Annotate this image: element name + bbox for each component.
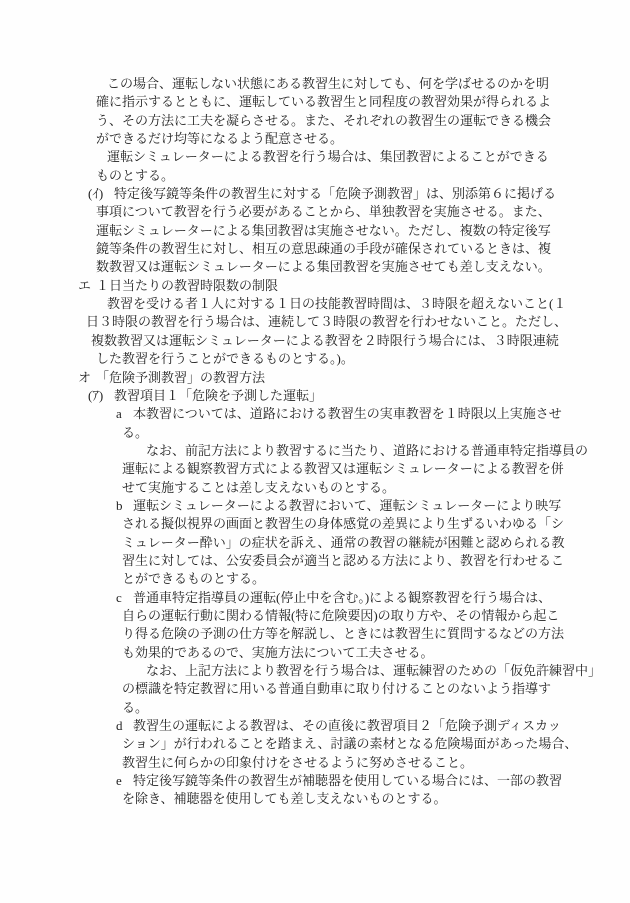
- line-text: とができるものとする。: [122, 570, 265, 588]
- text-line: 運転シミュレーターによる集団教習は実施させない。ただし、複数の特定後写: [0, 222, 630, 240]
- text-line: 自らの運転行動に関わる情報(特に危険要因)の取り方や、その情報から起こ: [0, 607, 630, 625]
- text-line: も効果的であるので、実施方法について工夫させる。: [0, 644, 630, 662]
- text-line: この場合、運転しない状態にある教習生に対しても、何を学ばせるのかを明: [0, 75, 630, 93]
- text-line: 鏡等条件の教習生に対し、相互の意思疎通の手段が確保されているときは、複: [0, 240, 630, 258]
- text-line: d教習生の運転による教習は、その直後に教習項目２「危険予測ディスカッ: [0, 717, 630, 735]
- text-line: a本教習については、道路における教習生の実車教習を１時限以上実施させ: [0, 405, 630, 423]
- text-line: 習生に対しては、公安委員会が適当と認める方法により、教習を行わせるこ: [0, 552, 630, 570]
- text-line: せて実施することは差し支えないものとする。: [0, 479, 630, 497]
- text-line: (ｲ)特定後写鏡等条件の教習生に対する「危険予測教習」は、別添第６に掲げる: [0, 185, 630, 203]
- text-line: る。: [0, 699, 630, 717]
- line-text: る。: [122, 424, 148, 442]
- line-text: 「危険予測教習」の教習方法: [96, 369, 265, 387]
- line-text: を除き、補聴器を使用しても差し支えないものとする。: [122, 790, 446, 808]
- line-text: 教習項目１「危険を予測した運転」: [114, 387, 322, 405]
- line-text: なお、前記方法により教習するに当たり、道路における普通車特定指導員の: [146, 442, 588, 460]
- text-line: う、その方法に工夫を凝らさせる。また、それぞれの教習生の運転できる機会: [0, 112, 630, 130]
- line-text: １日当たりの教習時限数の制限: [96, 277, 278, 295]
- document-page: この場合、運転しない状態にある教習生に対しても、何を学ばせるのかを明確に指示する…: [0, 0, 630, 903]
- text-line: ものとする。: [0, 167, 630, 185]
- text-line: ション」が行われることを踏まえ、討議の素材となる危険場面があった場合、: [0, 735, 630, 753]
- text-line: した教習を行うことができるものとする。)。: [0, 350, 630, 368]
- line-text: る。: [122, 699, 148, 717]
- text-line: (ｱ)教習項目１「危険を予測した運転」: [0, 387, 630, 405]
- line-text: ミュレーター酔い」の症状を訴え、通常の教習の継続が困難と認められる教: [122, 534, 565, 552]
- line-text: 教習生の運転による教習は、その直後に教習項目２「危険予測ディスカッ: [133, 717, 561, 735]
- line-text: う、その方法に工夫を凝らさせる。また、それぞれの教習生の運転できる機会: [96, 112, 551, 130]
- text-line: なお、上記方法により教習を行う場合は、運転練習のための「仮免許練習中」: [0, 662, 630, 680]
- text-line: e特定後写鏡等条件の教習生が補聴器を使用している場合には、一部の教習: [0, 772, 630, 790]
- text-line: とができるものとする。: [0, 570, 630, 588]
- text-line: 教習を受ける者１人に対する１日の技能教習時間は、３時限を超えないこと(１: [0, 295, 630, 313]
- line-text: 特定後写鏡等条件の教習生に対する「危険予測教習」は、別添第６に掲げる: [114, 185, 556, 203]
- item-marker: d: [116, 717, 123, 735]
- line-text: した教習を行うことができるものとする。)。: [96, 350, 354, 368]
- item-marker: c: [116, 589, 122, 607]
- line-text: 本教習については、道路における教習生の実車教習を１時限以上実施させ: [133, 405, 562, 423]
- text-line: 複数教習又は運転シミュレーターによる教習を２時限行う場合には、３時限連続: [0, 332, 630, 350]
- text-line: なお、前記方法により教習するに当たり、道路における普通車特定指導員の: [0, 442, 630, 460]
- text-line: り得る危険の予測の仕方等を解説し、ときには教習生に質問するなどの方法: [0, 625, 630, 643]
- text-line: の標識を特定教習に用いる普通自動車に取り付けることのないよう指導す: [0, 680, 630, 698]
- line-text: の標識を特定教習に用いる普通自動車に取り付けることのないよう指導す: [122, 680, 551, 698]
- line-text: ション」が行われることを踏まえ、討議の素材となる危険場面があった場合、: [122, 735, 577, 753]
- line-text: 自らの運転行動に関わる情報(特に危険要因)の取り方や、その情報から起こ: [122, 607, 559, 625]
- line-text: 鏡等条件の教習生に対し、相互の意思疎通の手段が確保されているときは、複: [96, 240, 551, 258]
- item-marker: e: [116, 772, 122, 790]
- line-text: 普通車特定指導員の運転(停止中を含む。)による観察教習を行う場合は、: [133, 589, 551, 607]
- line-text: 運転シミュレーターによる教習において、運転シミュレーターにより映写: [133, 497, 561, 515]
- line-text: ができるだけ均等になるよう配意させる。: [96, 130, 343, 148]
- line-text: 確に指示するとともに、運転している教習生と同程度の教習効果が得られるよ: [96, 93, 551, 111]
- text-line: 数教習又は運転シミュレーターによる集団教習を実施させても差し支えない。: [0, 258, 630, 276]
- text-line: 運転シミュレーターによる教習を行う場合は、集団教習によることができる: [0, 148, 630, 166]
- line-text: ものとする。: [96, 167, 174, 185]
- line-text: 習生に対しては、公安委員会が適当と認める方法により、教習を行わせるこ: [122, 552, 564, 570]
- text-line: 教習生に何らかの印象付けをさせるように努めさせること。: [0, 754, 630, 772]
- text-line: 事項について教習を行う必要があることから、単独教習を実施させる。また、: [0, 203, 630, 221]
- line-text: 数教習又は運転シミュレーターによる集団教習を実施させても差し支えない。: [96, 258, 551, 276]
- line-text: 運転シミュレーターによる集団教習は実施させない。ただし、複数の特定後写: [96, 222, 551, 240]
- line-text: 特定後写鏡等条件の教習生が補聴器を使用している場合には、一部の教習: [133, 772, 562, 790]
- item-marker: エ: [78, 277, 91, 295]
- item-marker: オ: [78, 369, 91, 387]
- text-line: エ１日当たりの教習時限数の制限: [0, 277, 630, 295]
- line-text: せて実施することは差し支えないものとする。: [122, 479, 395, 497]
- line-text: も効果的であるので、実施方法について工夫させる。: [122, 644, 433, 662]
- line-text: なお、上記方法により教習を行う場合は、運転練習のための「仮免許練習中」: [146, 662, 601, 680]
- line-text: り得る危険の予測の仕方等を解説し、ときには教習生に質問するなどの方法: [122, 625, 564, 643]
- line-text: この場合、運転しない状態にある教習生に対しても、何を学ばせるのかを明: [107, 75, 549, 93]
- text-line: 日３時限の教習を行う場合は、連続して３時限の教習を行わせないこと。ただし、: [0, 313, 630, 331]
- line-text: 教習を受ける者１人に対する１日の技能教習時間は、３時限を超えないこと(１: [107, 295, 566, 313]
- item-marker: b: [116, 497, 123, 515]
- line-text: される擬似視界の画面と教習生の身体感覚の差異により生ずるいわゆる「シ: [122, 515, 564, 533]
- text-line: 確に指示するとともに、運転している教習生と同程度の教習効果が得られるよ: [0, 93, 630, 111]
- text-line: る。: [0, 424, 630, 442]
- line-text: 運転シミュレーターによる教習を行う場合は、集団教習によることができる: [107, 148, 549, 166]
- line-text: 運転による観察教習方式による教習又は運転シミュレーターによる教習を併: [122, 460, 564, 478]
- line-container: この場合、運転しない状態にある教習生に対しても、何を学ばせるのかを明確に指示する…: [0, 75, 630, 809]
- text-line: 運転による観察教習方式による教習又は運転シミュレーターによる教習を併: [0, 460, 630, 478]
- text-line: b運転シミュレーターによる教習において、運転シミュレーターにより映写: [0, 497, 630, 515]
- item-marker: a: [116, 405, 122, 423]
- text-line: c普通車特定指導員の運転(停止中を含む。)による観察教習を行う場合は、: [0, 589, 630, 607]
- text-line: オ「危険予測教習」の教習方法: [0, 369, 630, 387]
- text-line: を除き、補聴器を使用しても差し支えないものとする。: [0, 790, 630, 808]
- text-line: ができるだけ均等になるよう配意させる。: [0, 130, 630, 148]
- line-text: 事項について教習を行う必要があることから、単独教習を実施させる。また、: [96, 203, 551, 221]
- line-text: 日３時限の教習を行う場合は、連続して３時限の教習を行わせないこと。ただし、: [86, 313, 567, 331]
- line-text: 複数教習又は運転シミュレーターによる教習を２時限行う場合には、３時限連続: [91, 332, 559, 350]
- item-marker: (ｱ): [88, 387, 103, 405]
- text-line: ミュレーター酔い」の症状を訴え、通常の教習の継続が困難と認められる教: [0, 534, 630, 552]
- line-text: 教習生に何らかの印象付けをさせるように努めさせること。: [122, 754, 473, 772]
- item-marker: (ｲ): [88, 185, 103, 203]
- text-line: される擬似視界の画面と教習生の身体感覚の差異により生ずるいわゆる「シ: [0, 515, 630, 533]
